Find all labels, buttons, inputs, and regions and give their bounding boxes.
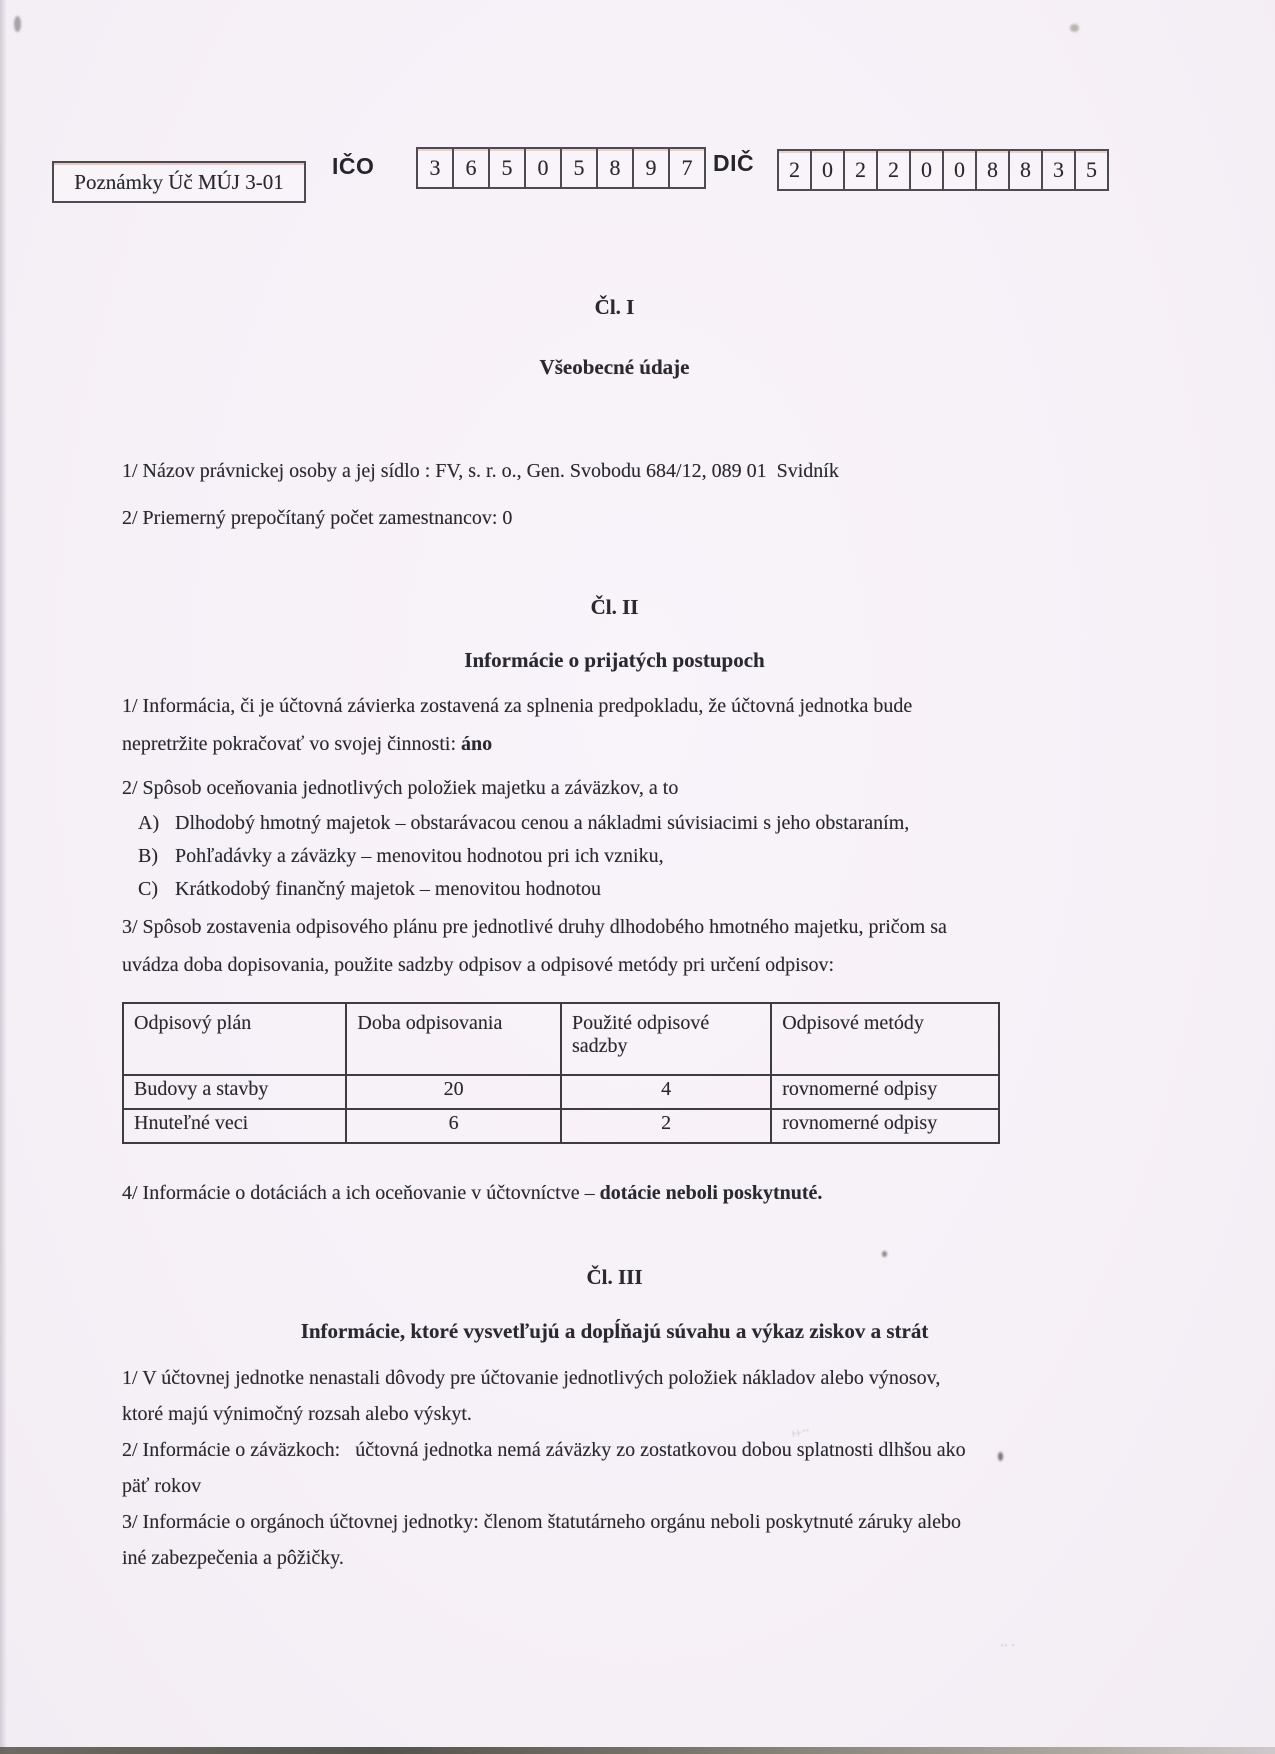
scan-left-edge-shadow <box>0 0 7 1754</box>
table-header-row: Odpisový plán Doba odpisovania Použité o… <box>123 1003 999 1075</box>
list-item-marker: B) <box>138 840 175 873</box>
scan-smudge: ˫˫·· <box>791 1423 811 1442</box>
scan-smudge: ·· · <box>999 1637 1015 1655</box>
scan-speck <box>1070 24 1079 32</box>
list-item-text: Pohľadávky a záväzky – menovitou hodnoto… <box>175 840 664 873</box>
table-cell: 6 <box>346 1109 561 1143</box>
section3-heading: Čl. III <box>122 1258 1107 1296</box>
section3-paragraph-3: 3/ Informácie o orgánoch účtovnej jednot… <box>122 1504 1107 1576</box>
section3-paragraph-1: 1/ V účtovnej jednotke nenastali dôvody … <box>122 1360 1107 1432</box>
section3-subheading: Informácie, ktoré vysvetľujú a dopĺňajú … <box>122 1312 1107 1350</box>
section2-heading: Čl. II <box>122 588 1107 626</box>
list-item-text: Dlhodobý hmotný majetok – obstarávacou c… <box>175 807 909 840</box>
list-item: B) Pohľadávky a záväzky – menovitou hodn… <box>122 840 1107 873</box>
table-cell: Hnuteľné veci <box>123 1109 346 1143</box>
table-header-cell: Odpisový plán <box>123 1003 346 1075</box>
section2-paragraph-2: 2/ Spôsob oceňovania jednotlivých položi… <box>122 769 1107 807</box>
section1-paragraph-1: 1/ Názov právnickej osoby a jej sídlo : … <box>122 452 1107 490</box>
table-header-cell: Odpisové metódy <box>771 1003 999 1075</box>
section1-paragraph-2: 2/ Priemerný prepočítaný počet zamestnan… <box>122 499 1107 537</box>
section3-paragraph-2: 2/ Informácie o záväzkoch: účtovná jedno… <box>122 1432 1107 1504</box>
section1-subheading: Všeobecné údaje <box>122 348 1107 386</box>
section2-subheading: Informácie o prijatých postupoch <box>122 641 1107 679</box>
table-cell: 2 <box>561 1109 771 1143</box>
depreciation-plan-table: Odpisový plán Doba odpisovania Použité o… <box>122 1002 1000 1144</box>
list-item-marker: C) <box>138 873 175 906</box>
list-item: A) Dlhodobý hmotný majetok – obstarávaco… <box>122 807 1107 840</box>
table-header-cell: Použité odpisové sadzby <box>561 1003 771 1075</box>
scan-bottom-edge-shadow <box>0 1747 1275 1754</box>
section2-paragraph-3: 3/ Spôsob zostavenia odpisového plánu pr… <box>122 908 1107 984</box>
table-cell: 20 <box>346 1075 561 1109</box>
list-item-marker: A) <box>138 807 175 840</box>
table-cell: rovnomerné odpisy <box>771 1109 999 1143</box>
table-header-cell: Doba odpisovania <box>346 1003 561 1075</box>
table-row: Budovy a stavby 20 4 rovnomerné odpisy <box>123 1075 999 1109</box>
section2-paragraph-1-answer: áno <box>461 733 492 755</box>
section2-paragraph-1: 1/ Informácia, či je účtovná závierka zo… <box>122 687 1107 763</box>
table-cell: 4 <box>561 1075 771 1109</box>
list-item: C) Krátkodobý finančný majetok – menovit… <box>122 873 1107 906</box>
scan-speck <box>14 16 21 32</box>
table-cell: rovnomerné odpisy <box>771 1075 999 1109</box>
scan-speck <box>882 1251 887 1257</box>
scan-speck <box>998 1452 1003 1461</box>
list-item-text: Krátkodobý finančný majetok – menovitou … <box>175 873 601 906</box>
section1-heading: Čl. I <box>122 288 1107 326</box>
section2-paragraph-4-text: 4/ Informácie o dotáciách a ich oceňovan… <box>122 1182 600 1204</box>
table-row: Hnuteľné veci 6 2 rovnomerné odpisy <box>123 1109 999 1143</box>
table-cell: Budovy a stavby <box>123 1075 346 1109</box>
valuation-methods-list: A) Dlhodobý hmotný majetok – obstarávaco… <box>122 807 1107 906</box>
document-body: Čl. I Všeobecné údaje 1/ Názov právnicke… <box>122 0 1107 1576</box>
scanned-document-page: Poznámky Úč MÚJ 3-01 IČO 3 6 5 0 5 8 9 7… <box>0 0 1275 1754</box>
section2-paragraph-4: 4/ Informácie o dotáciách a ich oceňovan… <box>122 1174 1107 1212</box>
section2-paragraph-1-text: 1/ Informácia, či je účtovná závierka zo… <box>122 695 912 755</box>
section2-paragraph-4-answer: dotácie neboli poskytnuté. <box>600 1182 823 1204</box>
